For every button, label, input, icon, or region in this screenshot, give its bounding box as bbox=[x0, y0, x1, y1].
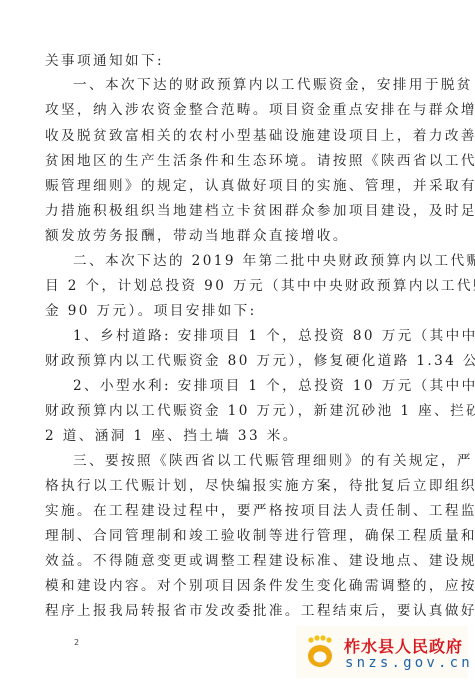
text-line: 2 道、涵洞 1 座、挡土墙 33 米。 bbox=[45, 426, 427, 446]
text-line: 贫困地区的生产生活条件和生态环境。请按照《陕西省以工代 bbox=[45, 151, 427, 171]
text-line: 额发放劳务报酬，带动当地群众直接增收。 bbox=[45, 226, 427, 246]
text-line: 模和建设内容。对个别项目因条件发生变化确需调整的，应按 bbox=[45, 576, 427, 596]
watermark-title: 柞水县人民政府 bbox=[344, 634, 463, 657]
text-line: 二、本次下达的 2019 年第二批中央财政预算内以工代赈项 bbox=[73, 251, 427, 271]
watermark-url: snzs.gov.cn bbox=[345, 655, 473, 671]
text-line: 实施。在工程建设过程中，要严格按项目法人责任制、工程监 bbox=[45, 501, 427, 521]
text-line: 收及脱贫致富相关的农村小型基础设施建设项目上，着力改善 bbox=[45, 126, 427, 146]
sun-footprint-logo-icon bbox=[306, 634, 336, 670]
text-line: 攻坚，纳入涉农资金整合范畴。项目资金重点安排在与群众增 bbox=[45, 100, 427, 120]
text-line: 理制、合同管理制和竣工验收制等进行管理，确保工程质量和 bbox=[45, 526, 427, 546]
text-line: 力措施积极组织当地建档立卡贫困群众参加项目建设，及时足 bbox=[45, 201, 427, 221]
text-line: 财政预算内以工代赈资金 10 万元），新建沉砂池 1 座、拦砂坝 bbox=[45, 401, 427, 421]
text-line: 三、要按照《陕西省以工代赈管理细则》的有关规定，严 bbox=[73, 451, 427, 471]
text-line: 一、本次下达的财政预算内以工代赈资金，安排用于脱贫 bbox=[73, 75, 427, 95]
text-line: 金 90 万元）。项目安排如下: bbox=[45, 301, 427, 321]
text-line: 2、小型水利: 安排项目 1 个，总投资 10 万元（其中中央 bbox=[73, 376, 427, 396]
text-line: 目 2 个，计划总投资 90 万元（其中中央财政预算内以工代赈资 bbox=[45, 276, 427, 296]
text-line: 格执行以工代赈计划，尽快编报实施方案，待批复后立即组织 bbox=[45, 476, 427, 496]
text-line: 财政预算内以工代赈资金 80 万元），修复硬化道路 1.34 公里。 bbox=[45, 351, 427, 371]
document-page: 关事项通知如下: 一、本次下达的财政预算内以工代赈资金，安排用于脱贫 攻坚，纳入… bbox=[0, 0, 475, 681]
text-line: 效益。不得随意变更或调整工程建设标准、建设地点、建设规 bbox=[45, 551, 427, 571]
text-line: 赈管理细则》的规定，认真做好项目的实施、管理，并采取有 bbox=[45, 176, 427, 196]
site-watermark: 柞水县人民政府 snzs.gov.cn bbox=[296, 626, 468, 678]
text-line: 1、乡村道路: 安排项目 1 个，总投资 80 万元（其中中央 bbox=[73, 326, 427, 346]
text-line: 程序上报我局转报省市发改委批准。工程结束后，要认真做好 bbox=[45, 601, 427, 621]
page-number: 2 bbox=[74, 638, 79, 647]
text-line: 关事项通知如下: bbox=[45, 51, 427, 71]
